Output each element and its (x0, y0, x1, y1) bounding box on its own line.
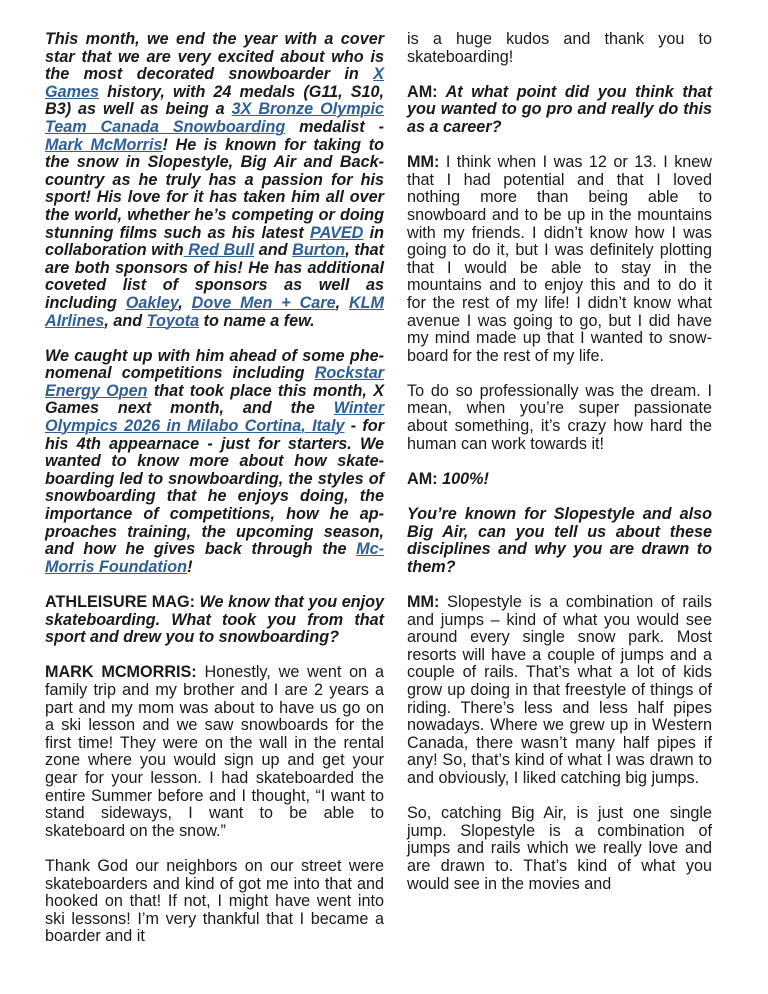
question-1: ATHLEISURE MAG: We know that you en­joy … (45, 594, 384, 647)
link-red-bull[interactable]: Red Bull (184, 241, 254, 259)
intro-text: medalist - (285, 118, 384, 136)
intro-text: and (254, 241, 292, 259)
link-toyota[interactable]: Toyota (147, 312, 199, 330)
answer-text: Honestly, we went on a family trip and m… (45, 663, 384, 839)
question-3: AM: 100%! (407, 471, 712, 489)
speaker-label: MM: (407, 593, 439, 611)
intro-text: to name a few. (199, 312, 314, 330)
speaker-label: AM: (407, 83, 438, 101)
answer-1-continued: Thank God our neighbors on our street we… (45, 858, 384, 946)
question-text: 100%! (438, 470, 489, 488)
intro-text: , (178, 294, 191, 312)
answer-1: MARK MCMORRIS: Honestly, we went on a fa… (45, 664, 384, 840)
question-4: You’re known for Slopestyle and also Big… (407, 506, 712, 576)
link-oakley[interactable]: Oakley (126, 294, 179, 312)
answer-2-continued: To do so professionally was the dream. I… (407, 383, 712, 453)
intro-paragraph-2: We caught up with him ahead of some phe­… (45, 348, 384, 577)
right-column: is a huge kudos and thank you to skatebo… (407, 31, 712, 911)
link-dove-men-care[interactable]: Dove Men + Care (192, 294, 336, 312)
speaker-label: AM: (407, 470, 438, 488)
link-paved[interactable]: PAVED (310, 224, 363, 242)
speaker-label: MM: (407, 153, 439, 171)
intro-text: , and (104, 312, 146, 330)
question-text: At what point did you think that you wan… (407, 83, 712, 136)
link-mark-mcmorris[interactable]: Mark McMorris (45, 136, 162, 154)
intro-text: ! (187, 558, 192, 576)
speaker-label: ATHLEISURE MAG: (45, 593, 195, 611)
answer-1-end: is a huge kudos and thank you to skatebo… (407, 31, 712, 66)
question-2: AM: At what point did you think that you… (407, 84, 712, 137)
speaker-label: MARK MCMORRIS: (45, 663, 197, 681)
answer-4-continued: So, catching Big Air, is just one single… (407, 805, 712, 893)
left-column: This month, we end the year with a cover… (45, 31, 384, 963)
intro-text: , (336, 294, 349, 312)
answer-text: Slopestyle is a combination of rails and… (407, 593, 712, 787)
answer-2: MM: I think when I was 12 or 13. I knew … (407, 154, 712, 365)
intro-paragraph: This month, we end the year with a cover… (45, 31, 384, 330)
answer-text: I think when I was 12 or 13. I knew that… (407, 153, 712, 365)
answer-4: MM: Slopestyle is a combination of rails… (407, 594, 712, 788)
link-burton[interactable]: Burton (292, 241, 345, 259)
intro-text: This month, we end the year with a cover… (45, 30, 384, 83)
magazine-page: This month, we end the year with a cover… (0, 0, 768, 994)
intro-text: - for his 4th appearnace - just for star… (45, 417, 384, 558)
